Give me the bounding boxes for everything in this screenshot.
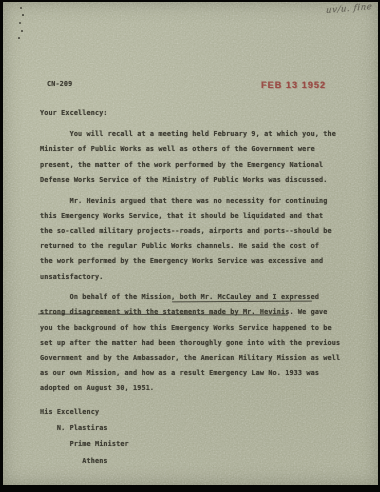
ink-speck — [18, 37, 20, 39]
paragraph-hevinis-argument: Mr. Hevinis argued that there was no nec… — [40, 194, 362, 285]
letter-page: uv/u. fine CN-209 FEB 13 1952 Your Excel… — [3, 2, 378, 485]
ink-speck — [19, 22, 21, 24]
received-date-stamp: FEB 13 1952 — [261, 80, 326, 90]
letter-body: Your Excellency: You will recall at a me… — [40, 106, 362, 469]
reference-number: CN-209 — [47, 80, 72, 88]
salutation: Your Excellency: — [40, 106, 362, 121]
ink-speck — [20, 7, 22, 9]
paragraph-mission-response: On behalf of the Mission, both Mr. McCau… — [40, 290, 362, 396]
address-block: His Excellency N. Plastiras Prime Minist… — [40, 404, 362, 469]
ink-speck — [21, 30, 23, 32]
scan-background: { "document": { "reference_number": "CN-… — [0, 0, 380, 492]
paragraph-meeting-recall: You will recall at a meeting held Februa… — [40, 127, 362, 188]
handwritten-annotation: uv/u. fine — [325, 2, 372, 16]
ink-speck — [22, 14, 24, 16]
